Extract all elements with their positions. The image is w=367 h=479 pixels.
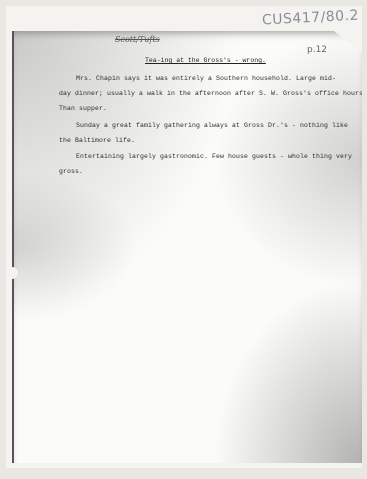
text-line: Mrs. Chapin says it was entirely a South… <box>76 75 336 82</box>
text-line: Sunday a great family gathering always a… <box>76 122 348 129</box>
text-line: Than supper. <box>59 105 107 112</box>
document-page: Scott/Tufts p.12 Tea-ing at the Gross's … <box>12 31 362 463</box>
document-title: Tea-ing at the Gross's - wrong. <box>145 57 266 64</box>
crossed-out-heading: Scott/Tufts <box>115 35 160 44</box>
page-note: p.12 <box>307 45 327 55</box>
text-line: gross. <box>59 168 83 175</box>
text-line: Entertaining largely gastronomic. Few ho… <box>76 153 352 160</box>
text-line: day dinner; usually a walk in the aftern… <box>59 90 367 97</box>
text-line: the Baltimore life. <box>59 137 135 144</box>
